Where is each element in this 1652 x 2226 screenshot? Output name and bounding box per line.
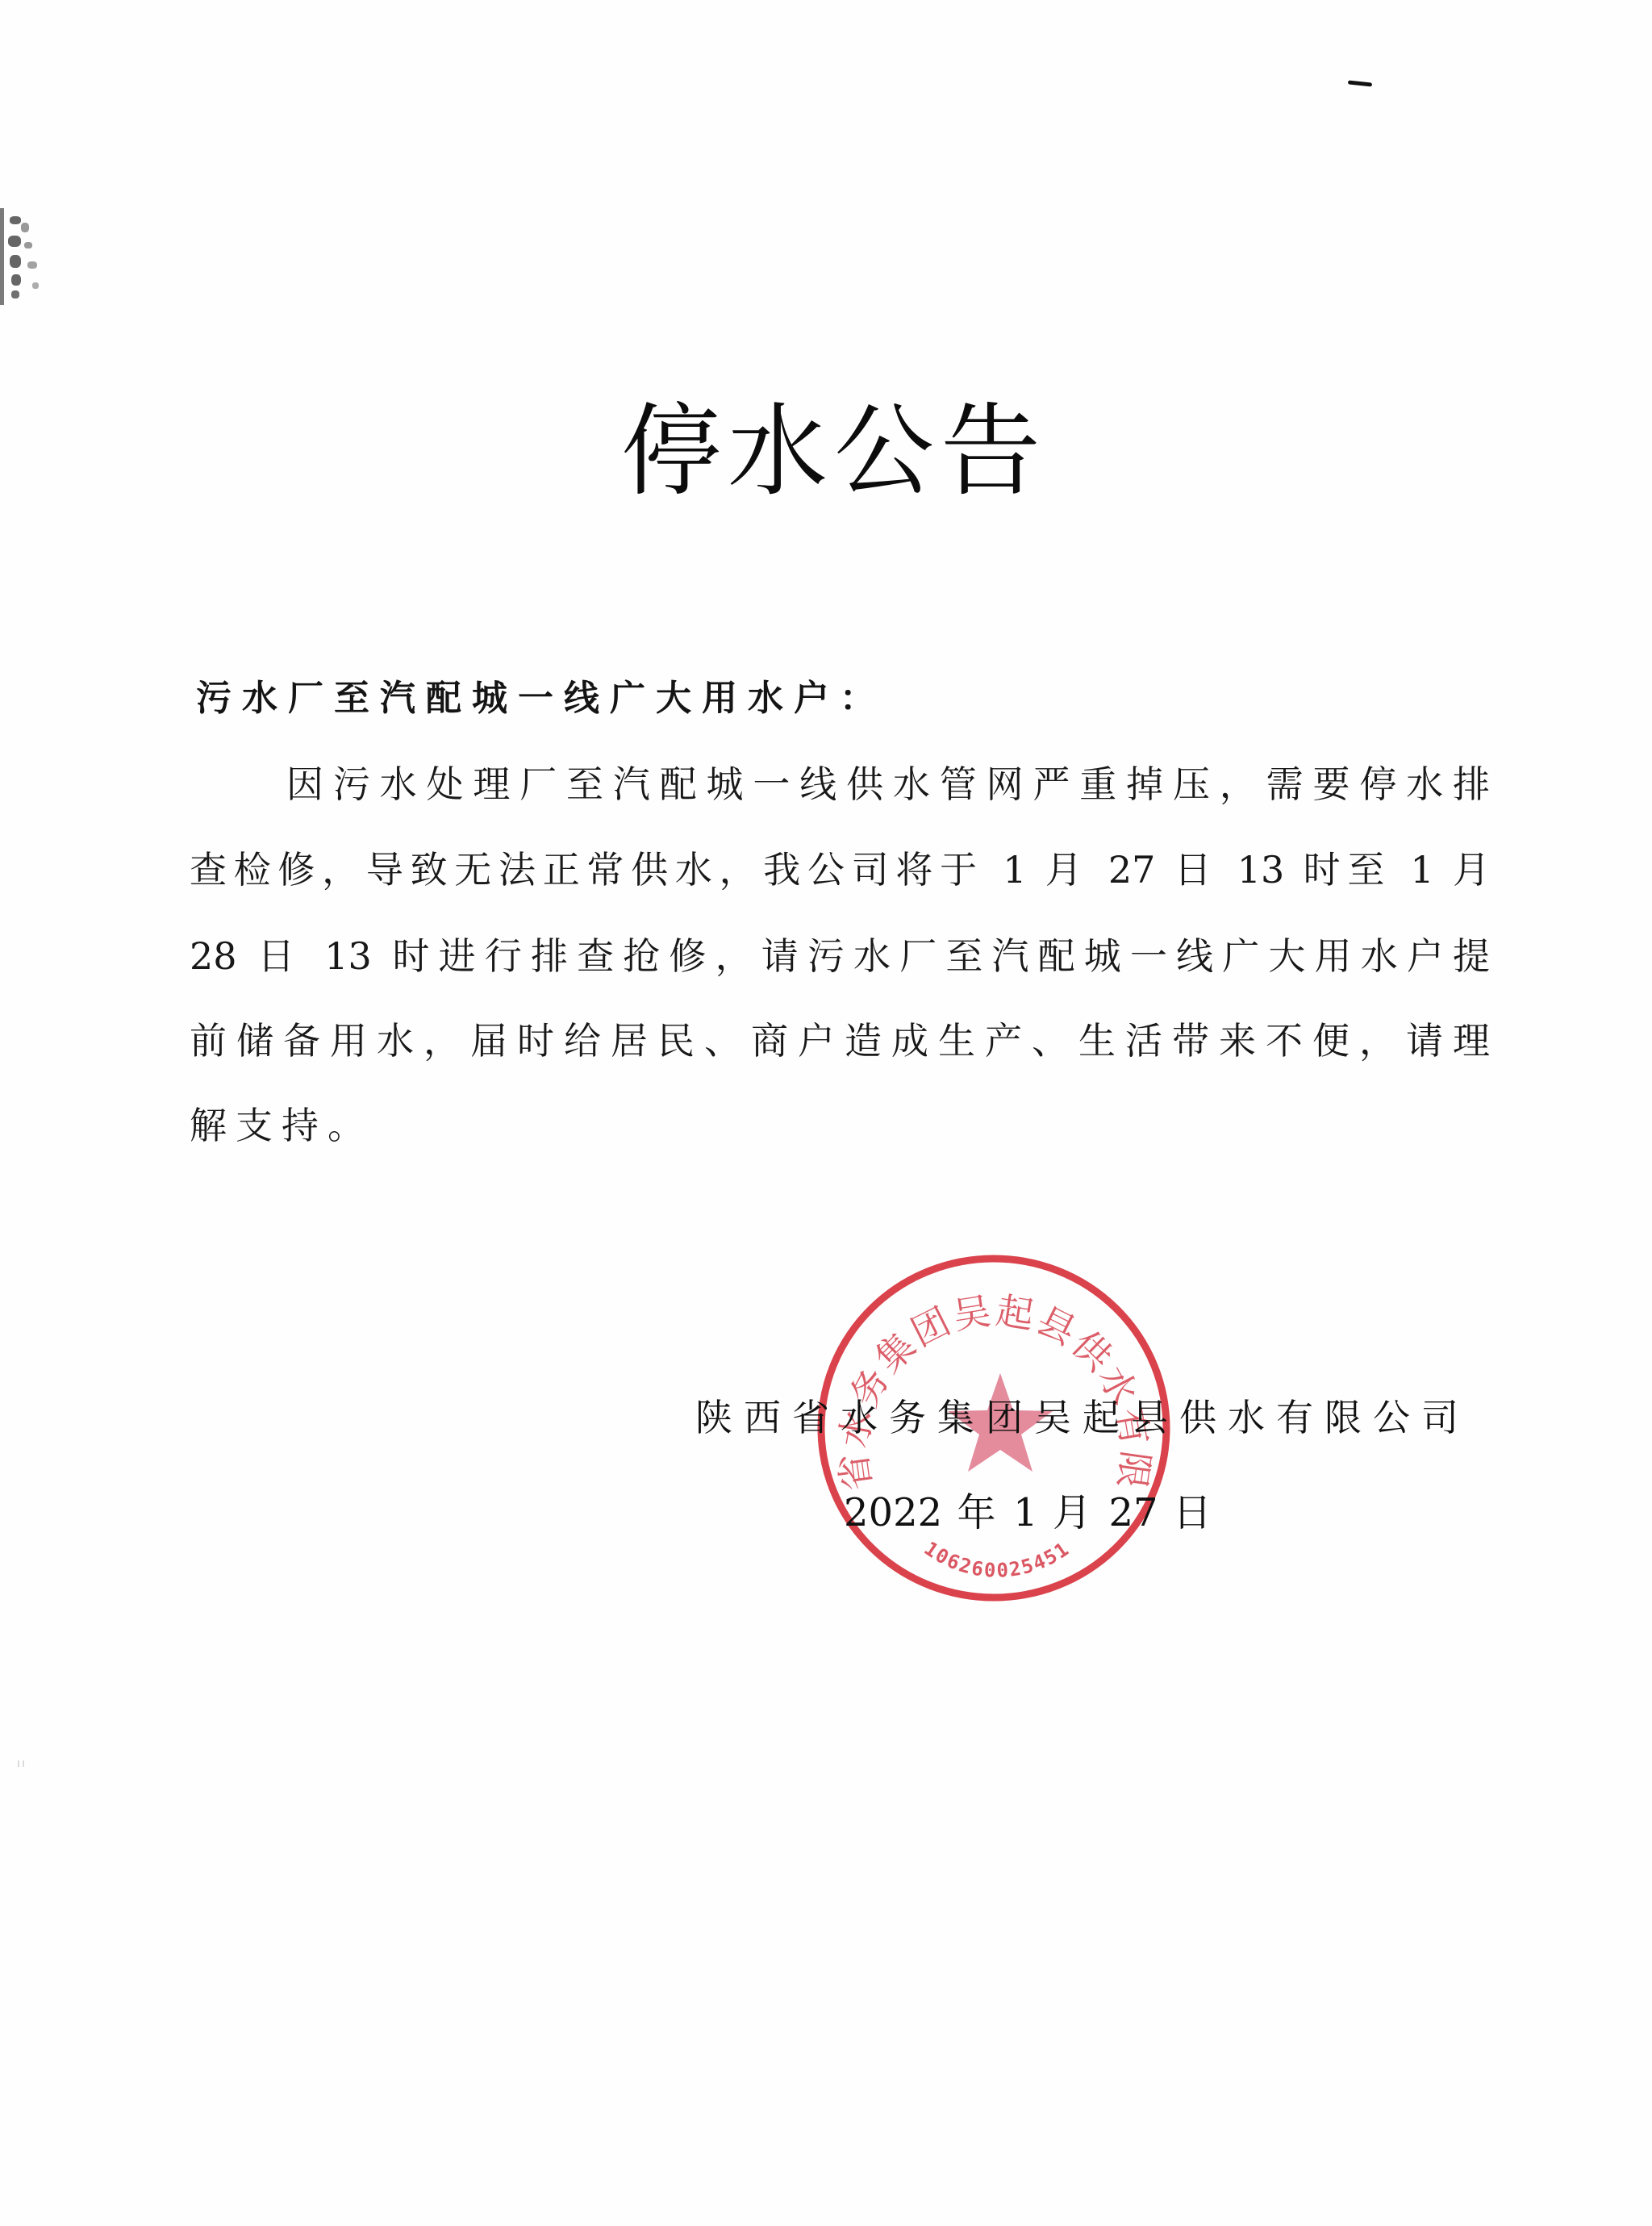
document-page: 停水公告 污水厂至汽配城一线广大用水户： 因污水处理厂至汽配城一线供水管网严重掉… [0,0,1652,2226]
body-line-1: 因污水处理厂至汽配城一线供水管网严重掉压，需要停水排 [286,760,1490,808]
body-line-4: 前储备用水，届时给居民、商户造成生产、生活带来不便，请理 [190,1017,1490,1065]
signature-company: 陕西省水务集团吴起县供水有限公司 [695,1393,1458,1443]
body-line-5: 解支持。 [190,1101,1490,1150]
pen-mark [1348,80,1372,86]
body-line-3: 28 日 13 时进行排查抢修，请污水厂至汽配城一线广大用水户提 [190,932,1490,980]
salutation: 污水厂至汽配城一线广大用水户： [196,676,886,721]
svg-text:106260025451: 106260025451 [920,1537,1074,1582]
scan-speck [18,1755,29,1761]
signature-date: 2022 年 1 月 27 日 [844,1488,1212,1538]
body-line-2: 查检修，导致无法正常供水，我公司将于 1 月 27 日 13 时至 1 月 [190,846,1490,894]
scan-edge-noise [0,208,45,305]
page-title: 停水公告 [621,379,1041,524]
